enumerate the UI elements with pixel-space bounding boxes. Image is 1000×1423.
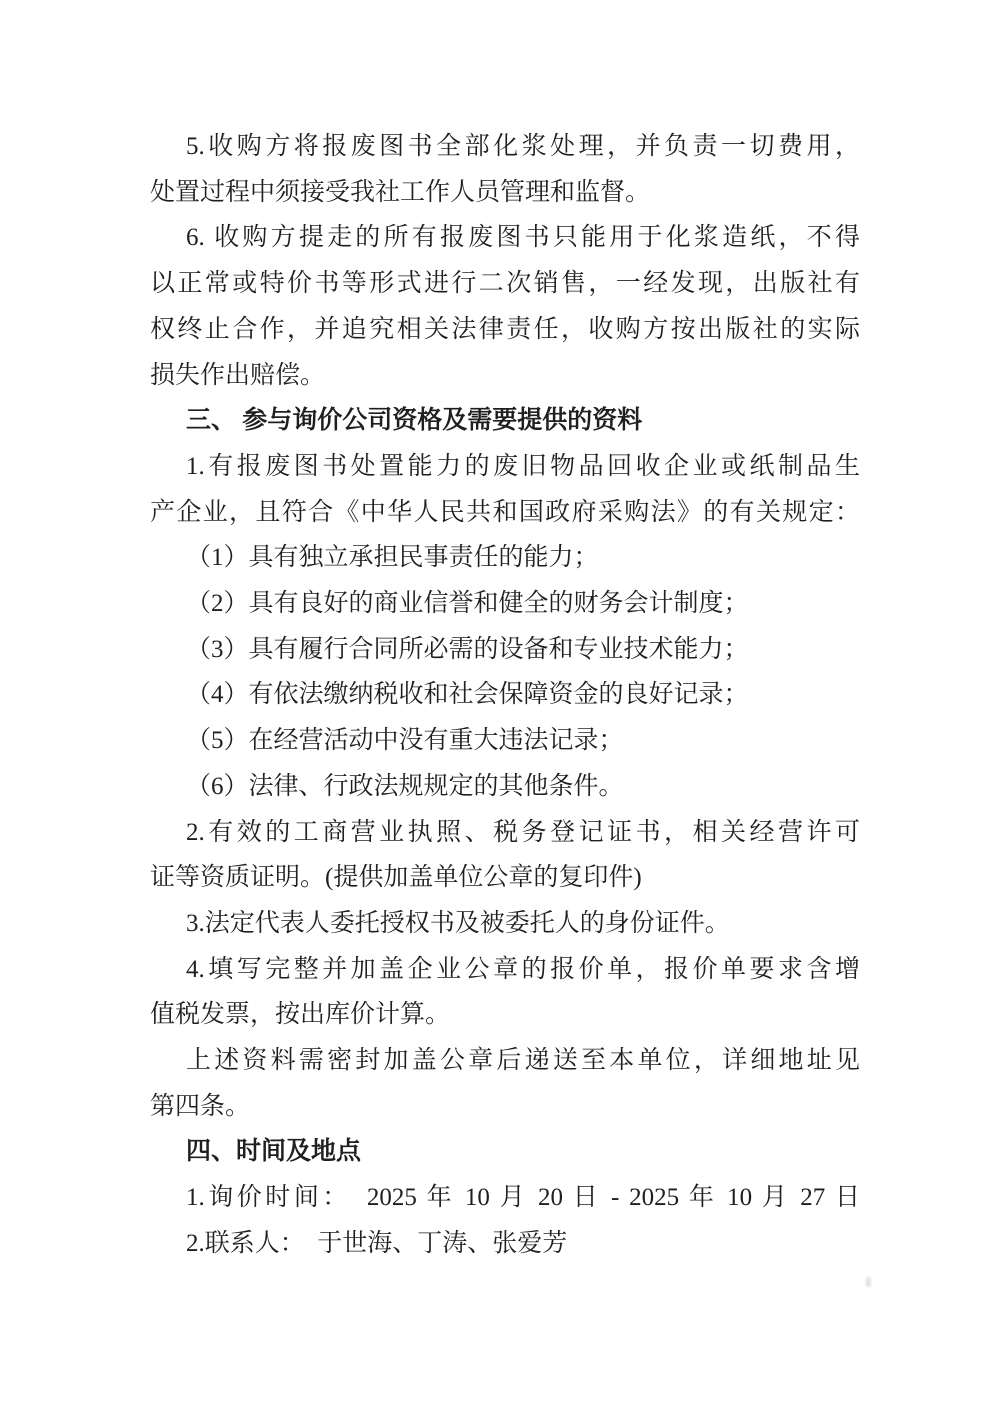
text-line: 值税发票，按出库价计算。 — [150, 992, 860, 1038]
text-line: （3）具有履行合同所必需的设备和专业技术能力； — [150, 627, 860, 673]
text-line: 处置过程中须接受我社工作人员管理和监督。 — [150, 170, 860, 216]
text-line: （2）具有良好的商业信誉和健全的财务会计制度； — [150, 581, 860, 627]
text-line: 上述资料需密封加盖公章后递送至本单位，详细地址见 — [150, 1038, 860, 1084]
text-line: 2.联系人： 于世海、丁涛、张爱芳 — [150, 1221, 860, 1267]
text-line: 权终止合作，并追究相关法律责任，收购方按出版社的实际 — [150, 307, 860, 353]
text-line: 3.法定代表人委托授权书及被委托人的身份证件。 — [150, 901, 860, 947]
text-line: 以正常或特价书等形式进行二次销售，一经发现，出版社有 — [150, 261, 860, 307]
text-line: （4）有依法缴纳税收和社会保障资金的良好记录； — [150, 672, 860, 718]
text-line: 产企业，且符合《中华人民共和国政府采购法》的有关规定： — [150, 490, 860, 536]
text-line: 5.收购方将报废图书全部化浆处理，并负责一切费用， — [150, 124, 860, 170]
text-line: 1.询价时间： 2025 年 10 月 20 日 - 2025 年 10 月 2… — [150, 1175, 860, 1221]
text-line: 6. 收购方提走的所有报废图书只能用于化浆造纸，不得 — [150, 215, 860, 261]
text-line: 证等资质证明。(提供加盖单位公章的复印件) — [150, 855, 860, 901]
text-line: 2.有效的工商营业执照、税务登记证书，相关经营许可 — [150, 810, 860, 856]
text-line: 损失作出赔偿。 — [150, 353, 860, 399]
section-heading-line: 三、 参与询价公司资格及需要提供的资料 — [150, 398, 860, 444]
section-heading-line: 四、时间及地点 — [150, 1129, 860, 1175]
text-line: （1）具有独立承担民事责任的能力； — [150, 535, 860, 581]
text-line: （6）法律、行政法规规定的其他条件。 — [150, 764, 860, 810]
text-line: 1.有报废图书处置能力的废旧物品回收企业或纸制品生 — [150, 444, 860, 490]
document-page: 5.收购方将报废图书全部化浆处理，并负责一切费用，处置过程中须接受我社工作人员管… — [0, 0, 1000, 1423]
text-line: 第四条。 — [150, 1084, 860, 1130]
document-body: 5.收购方将报废图书全部化浆处理，并负责一切费用，处置过程中须接受我社工作人员管… — [150, 124, 860, 1267]
text-line: 4.填写完整并加盖企业公章的报价单，报价单要求含增 — [150, 947, 860, 993]
scan-artifact-mark — [866, 1277, 871, 1287]
text-line: （5）在经营活动中没有重大违法记录； — [150, 718, 860, 764]
